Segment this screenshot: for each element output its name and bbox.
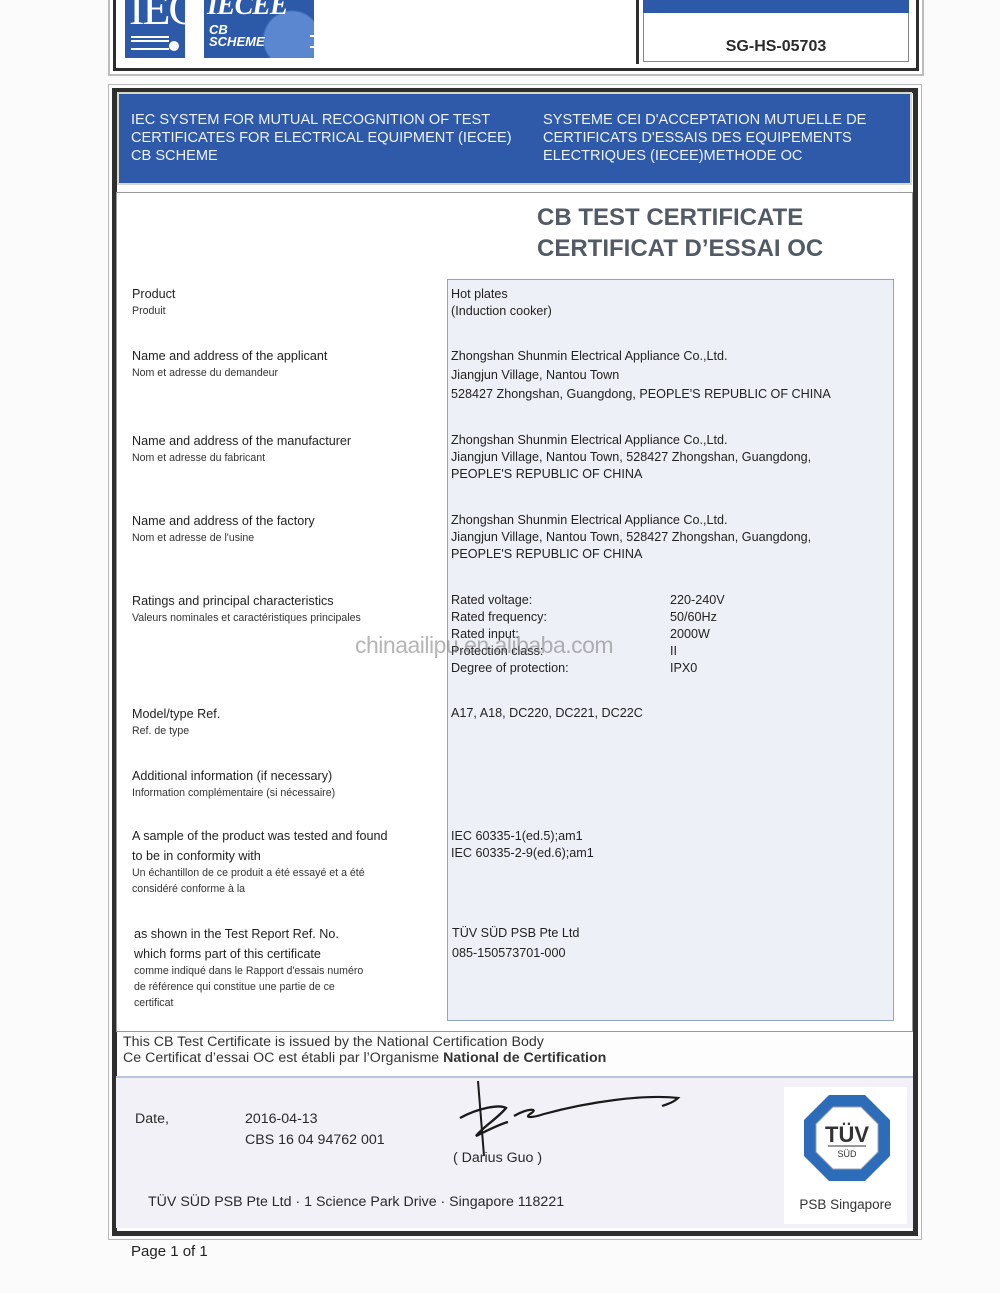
applicant-label: Name and address of the applicant xyxy=(132,349,327,363)
applicant-value: Zhongshan Shunmin Electrical Appliance C… xyxy=(451,349,728,363)
cbs-reference: CBS 16 04 94762 001 xyxy=(245,1132,385,1148)
test-report-number: 085-150573701-000 xyxy=(452,946,565,960)
header-fr-line: SYSTEME CEI D'ACCEPTATION MUTUELLE DE xyxy=(543,111,866,129)
model-label-fr: Ref. de type xyxy=(132,725,189,737)
issued-by-fr-text: Ce Certificat d’essai OC est établi par … xyxy=(123,1050,443,1066)
scheme-header-french: SYSTEME CEI D'ACCEPTATION MUTUELLE DE CE… xyxy=(543,111,866,165)
signatory-name: ( Darius Guo ) xyxy=(453,1150,542,1166)
sud-logo-text: SÜD xyxy=(837,1149,857,1159)
certificate-number-band xyxy=(643,0,909,13)
rating-value: IPX0 xyxy=(670,661,697,675)
iec-logo-dot-icon xyxy=(169,41,179,51)
applicant-label-fr: Nom et adresse du demandeur xyxy=(132,367,278,379)
product-label: Product xyxy=(132,287,175,301)
model-label: Model/type Ref. xyxy=(132,707,220,721)
test-report-label-fr: certificat xyxy=(134,997,173,1009)
date-label: Date, xyxy=(135,1111,169,1127)
rating-value: 50/60Hz xyxy=(670,610,717,624)
conformity-label: A sample of the product was tested and f… xyxy=(132,829,388,843)
product-value-sub: (Induction cooker) xyxy=(451,304,552,318)
iec-logo: IEC xyxy=(125,0,185,58)
factory-label: Name and address of the factory xyxy=(132,514,315,528)
top-logo-strip: IEC IECEE CB SCHEME SG-HS-05703 xyxy=(108,0,924,76)
test-report-label-fr: comme indiqué dans le Rapport d'essais n… xyxy=(134,965,363,977)
scheme-header: IEC SYSTEM FOR MUTUAL RECOGNITION OF TES… xyxy=(117,92,912,185)
manufacturer-value: Jiangjun Village, Nantou Town, 528427 Zh… xyxy=(451,450,811,464)
rating-name: Rated frequency: xyxy=(451,610,547,624)
ratings-label: Ratings and principal characteristics xyxy=(132,594,334,608)
header-fr-line: CERTIFICATS D'ESSAIS DES EQUIPEMENTS xyxy=(543,129,866,147)
header-fr-line: ELECTRIQUES (IECEE)METHODE OC xyxy=(543,147,866,165)
manufacturer-value: PEOPLE'S REPUBLIC OF CHINA xyxy=(451,467,642,481)
logo-caption: PSB Singapore xyxy=(784,1197,907,1212)
product-value: Hot plates xyxy=(451,287,508,301)
manufacturer-label: Name and address of the manufacturer xyxy=(132,434,351,448)
scheme-header-english: IEC SYSTEM FOR MUTUAL RECOGNITION OF TES… xyxy=(131,111,512,165)
cb-scheme-text: CB SCHEME xyxy=(209,24,265,48)
applicant-value: Jiangjun Village, Nantou Town xyxy=(451,368,619,382)
issued-by-en: This CB Test Certificate is issued by th… xyxy=(123,1034,544,1050)
applicant-value: 528427 Zhongshan, Guangdong, PEOPLE'S RE… xyxy=(451,387,831,401)
iecee-logo-lines-icon xyxy=(310,35,320,48)
top-logo-frame: IEC IECEE CB SCHEME SG-HS-05703 xyxy=(113,0,919,71)
iecee-logo: IECEE CB SCHEME xyxy=(204,0,314,58)
factory-label-fr: Nom et adresse de l'usine xyxy=(132,532,254,544)
conformity-label-fr: considéré conforme à la xyxy=(132,883,245,895)
header-en-line: CERTIFICATES FOR ELECTRICAL EQUIPMENT (I… xyxy=(131,129,512,147)
rating-name: Rated voltage: xyxy=(451,593,532,607)
rating-value: II xyxy=(670,644,677,658)
manufacturer-label-fr: Nom et adresse du fabricant xyxy=(132,452,265,464)
additional-info-label-fr: Information complémentaire (si nécessair… xyxy=(132,787,335,799)
conformity-label-fr: Un échantillon de ce produit a été essay… xyxy=(132,867,365,879)
issuer-address: TÜV SÜD PSB Pte Ltd · 1 Science Park Dri… xyxy=(148,1194,564,1210)
header-en-line: CB SCHEME xyxy=(131,147,512,165)
certificate-number: SG-HS-05703 xyxy=(639,38,913,56)
certificate-title-fr: CERTIFICAT D’ESSAI OC xyxy=(537,235,823,263)
ratings-label-fr: Valeurs nominales et caractéristiques pr… xyxy=(132,612,361,624)
issued-by-fr-bold: National de Certification xyxy=(443,1050,606,1066)
tuv-logo-text: TÜV xyxy=(825,1122,869,1147)
rating-value: 220-240V xyxy=(670,593,725,607)
certificate-number-box: SG-HS-05703 xyxy=(636,0,913,64)
model-value: A17, A18, DC220, DC221, DC22C xyxy=(451,706,643,720)
manufacturer-value: Zhongshan Shunmin Electrical Appliance C… xyxy=(451,433,728,447)
cb-scheme-line2: SCHEME xyxy=(209,36,265,48)
factory-value: Zhongshan Shunmin Electrical Appliance C… xyxy=(451,513,728,527)
test-report-label-fr: de référence qui constitue une partie de… xyxy=(134,981,335,993)
test-report-label: as shown in the Test Report Ref. No. xyxy=(134,927,339,941)
iec-logo-text: IEC xyxy=(129,0,197,35)
standard-value: IEC 60335-1(ed.5);am1 xyxy=(451,829,583,843)
rating-name: Degree of protection: xyxy=(451,661,569,675)
header-en-line: IEC SYSTEM FOR MUTUAL RECOGNITION OF TES… xyxy=(131,111,512,129)
additional-info-label: Additional information (if necessary) xyxy=(132,769,332,783)
tuv-sud-logo: TÜV SÜD PSB Singapore xyxy=(784,1087,907,1224)
conformity-label: to be in conformity with xyxy=(132,849,261,863)
tuv-octagon-icon: TÜV SÜD xyxy=(802,1093,892,1183)
issue-date: 2016-04-13 xyxy=(245,1111,318,1127)
product-label-fr: Produit xyxy=(132,305,166,317)
iec-logo-lines-icon xyxy=(131,36,169,50)
rating-value: 2000W xyxy=(670,627,710,641)
test-lab-value: TÜV SÜD PSB Pte Ltd xyxy=(452,926,579,940)
issued-by-fr: Ce Certificat d’essai OC est établi par … xyxy=(123,1050,606,1066)
watermark: chinaailipu.en.alibaba.com xyxy=(355,632,613,659)
iecee-logo-text: IECEE xyxy=(207,0,288,22)
page-number: Page 1 of 1 xyxy=(131,1243,208,1260)
factory-value: PEOPLE'S REPUBLIC OF CHINA xyxy=(451,547,642,561)
certificate-title-en: CB TEST CERTIFICATE xyxy=(537,204,803,232)
factory-value: Jiangjun Village, Nantou Town, 528427 Zh… xyxy=(451,530,811,544)
test-report-label: which forms part of this certificate xyxy=(134,947,321,961)
standard-value: IEC 60335-2-9(ed.6);am1 xyxy=(451,846,594,860)
